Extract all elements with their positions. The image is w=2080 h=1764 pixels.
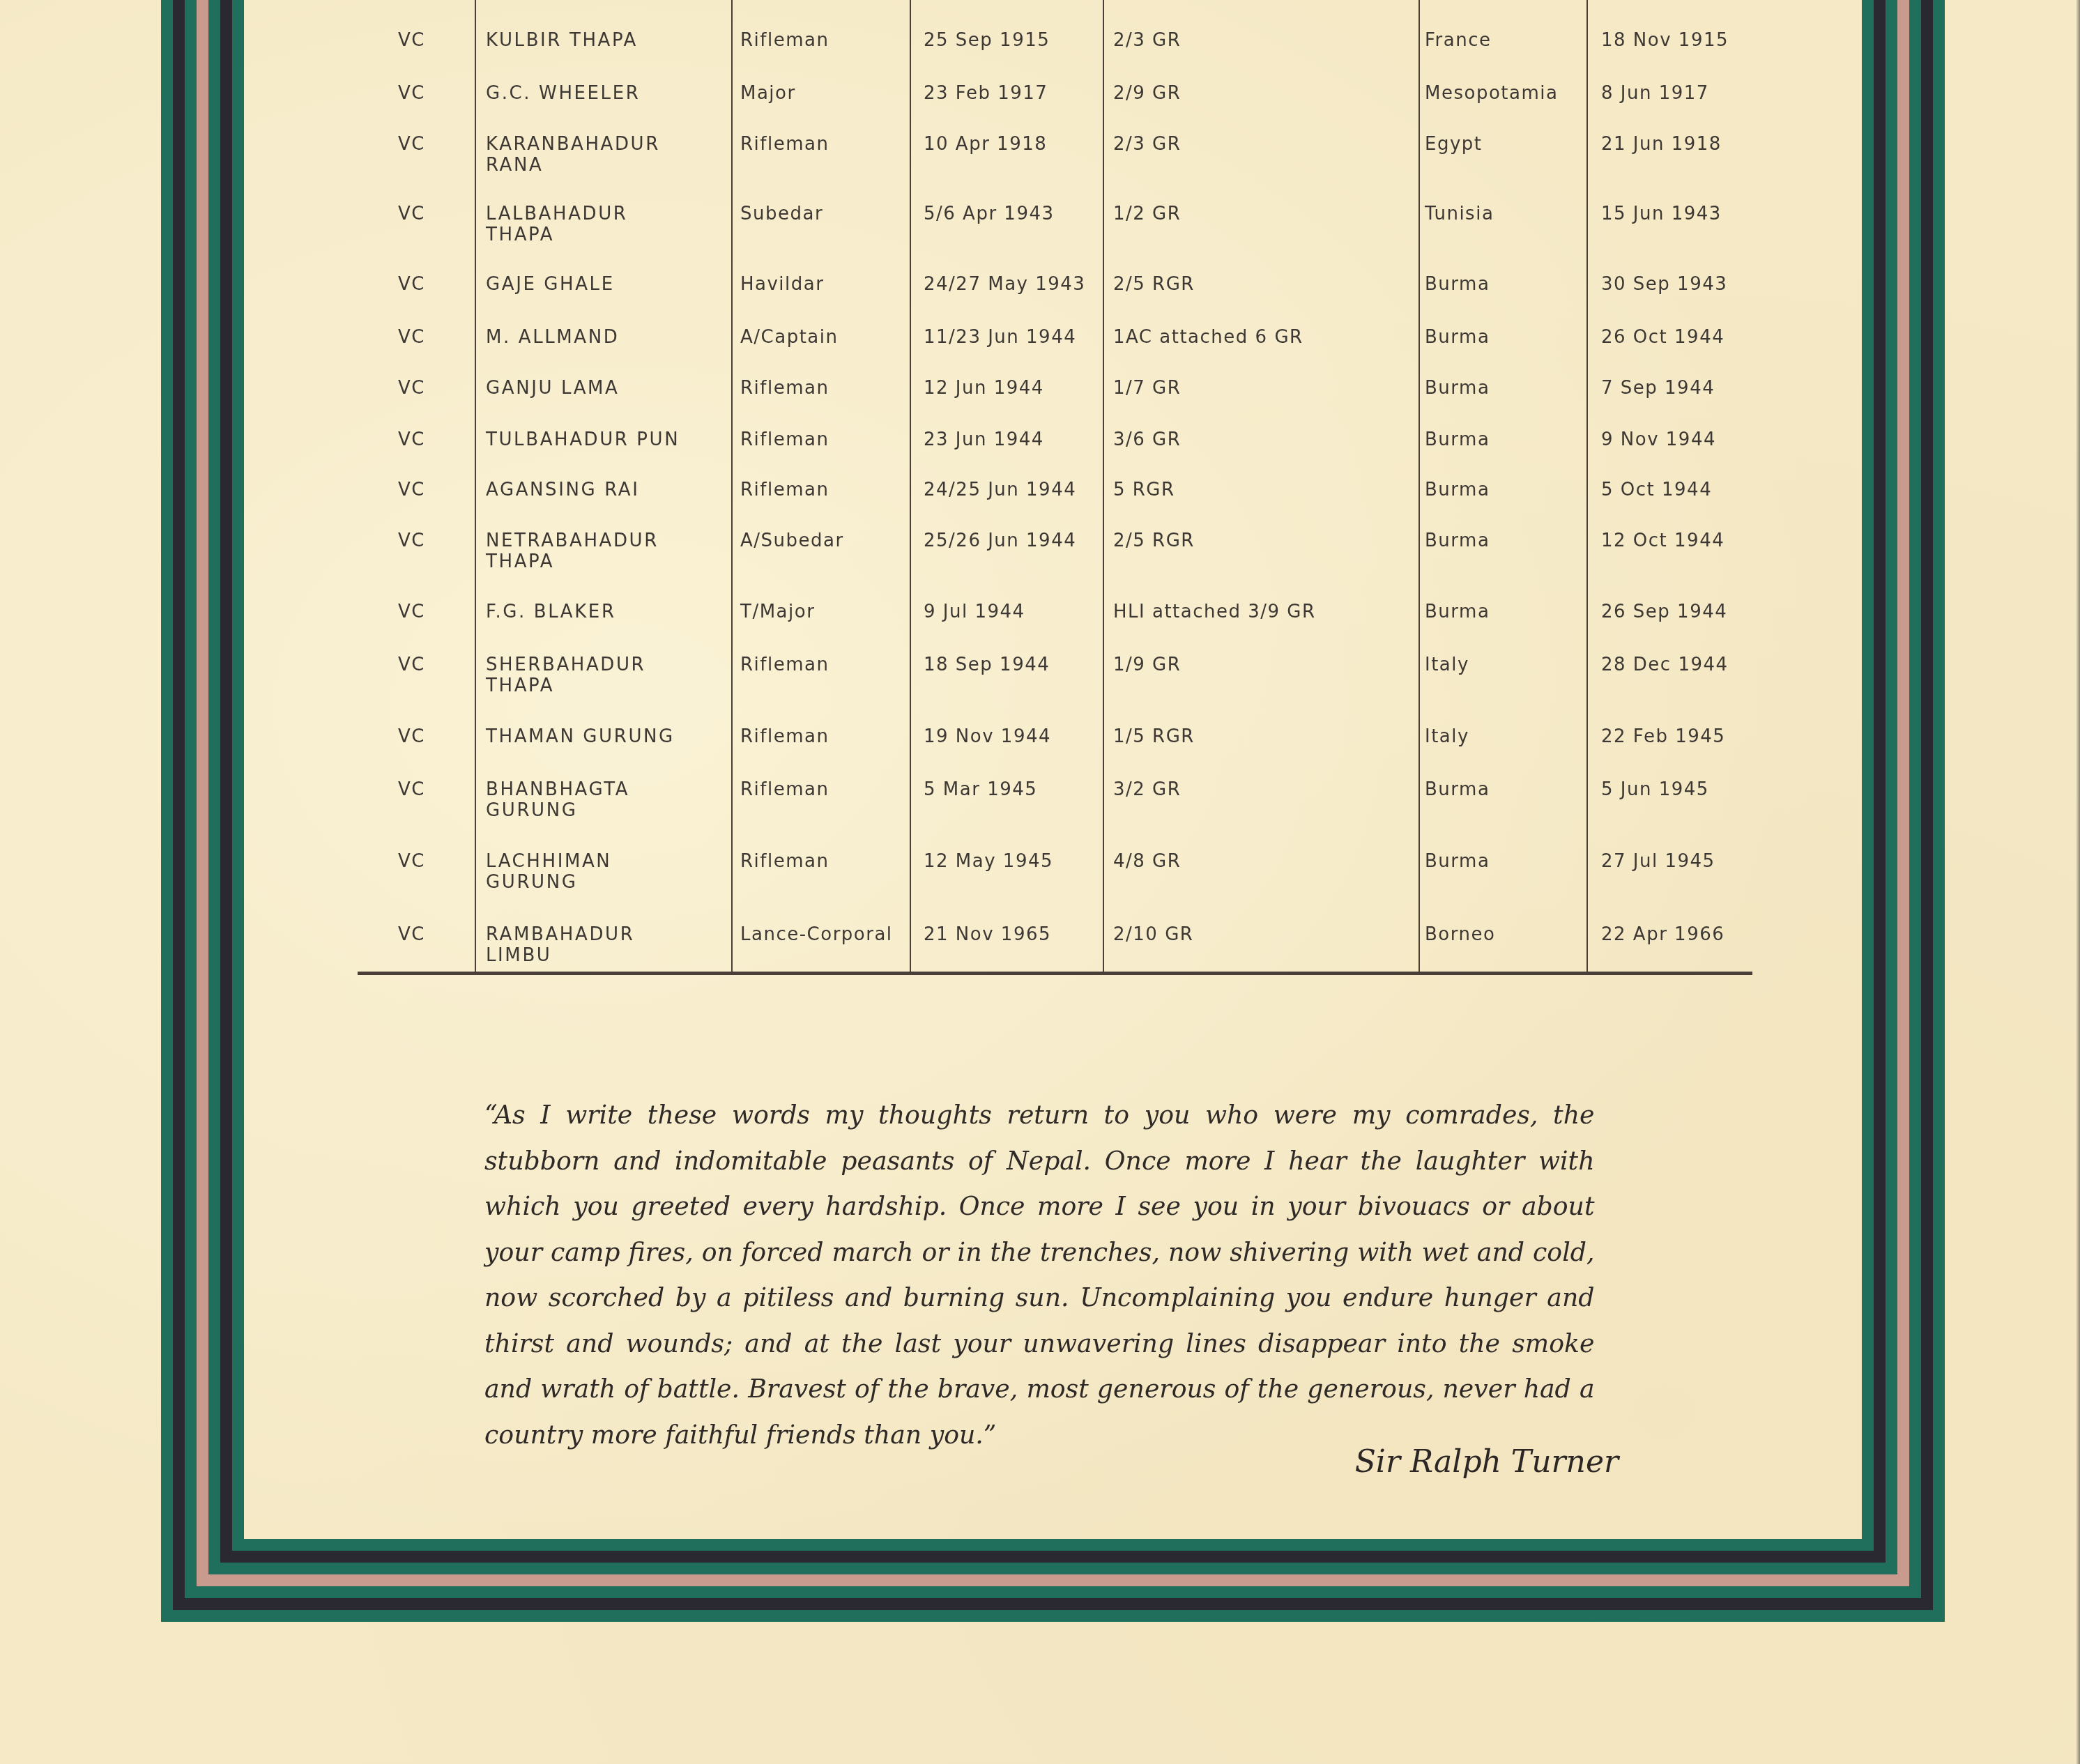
cell-rank: Subedar bbox=[740, 204, 823, 224]
cell-award: VC bbox=[398, 480, 425, 500]
table-column-divider bbox=[910, 0, 911, 972]
cell-name: GAJE GHALE bbox=[486, 274, 615, 295]
cell-name: THAMAN GURUNG bbox=[486, 726, 675, 747]
cell-date: 23 Feb 1917 bbox=[924, 83, 1048, 104]
table-column-divider bbox=[1418, 0, 1420, 972]
border-stripe-right bbox=[1909, 0, 1921, 1598]
cell-date: 12 May 1945 bbox=[924, 851, 1053, 872]
border-stripe-left bbox=[208, 0, 220, 1574]
cell-place: Burma bbox=[1425, 429, 1490, 450]
cell-rank: Rifleman bbox=[740, 654, 829, 675]
cell-rank: Lance-Corporal bbox=[740, 924, 893, 945]
cell-gazette: 27 Jul 1945 bbox=[1601, 851, 1715, 872]
cell-date: 9 Jul 1944 bbox=[924, 601, 1025, 622]
cell-name: TULBAHADUR PUN bbox=[486, 429, 680, 450]
cell-gazette: 30 Sep 1943 bbox=[1601, 274, 1727, 295]
cell-gazette: 8 Jun 1917 bbox=[1601, 83, 1709, 104]
cell-name: LALBAHADUR THAPA bbox=[486, 204, 627, 245]
cell-name: F.G. BLAKER bbox=[486, 601, 616, 622]
border-stripe-left bbox=[232, 0, 244, 1551]
cell-gazette: 5 Jun 1945 bbox=[1601, 779, 1709, 800]
cell-gazette: 18 Nov 1915 bbox=[1601, 30, 1729, 51]
cell-unit: 1AC attached 6 GR bbox=[1113, 327, 1303, 348]
border-stripe-bottom bbox=[208, 1563, 1897, 1574]
cell-rank: A/Captain bbox=[740, 327, 838, 348]
cell-gazette: 21 Jun 1918 bbox=[1601, 134, 1722, 155]
border-stripe-bottom bbox=[220, 1551, 1886, 1563]
cell-rank: Rifleman bbox=[740, 726, 829, 747]
cell-rank: A/Subedar bbox=[740, 530, 844, 551]
quotation-text: “As I write these words my thoughts retu… bbox=[484, 1092, 1595, 1457]
cell-name: KULBIR THAPA bbox=[486, 30, 638, 51]
cell-rank: Rifleman bbox=[740, 134, 829, 155]
cell-award: VC bbox=[398, 530, 425, 551]
cell-unit: 3/2 GR bbox=[1113, 779, 1181, 800]
border-stripe-bottom bbox=[232, 1539, 1874, 1551]
cell-name: BHANBHAGTA GURUNG bbox=[486, 779, 629, 821]
cell-date: 18 Sep 1944 bbox=[924, 654, 1050, 675]
cell-date: 24/27 May 1943 bbox=[924, 274, 1085, 295]
cell-unit: 1/7 GR bbox=[1113, 378, 1181, 399]
cell-gazette: 22 Feb 1945 bbox=[1601, 726, 1725, 747]
border-stripe-right bbox=[1897, 0, 1909, 1586]
cell-gazette: 26 Sep 1944 bbox=[1601, 601, 1727, 622]
cell-award: VC bbox=[398, 30, 425, 51]
cell-gazette: 28 Dec 1944 bbox=[1601, 654, 1729, 675]
border-stripe-bottom bbox=[161, 1610, 1945, 1622]
cell-name: RAMBAHADUR LIMBU bbox=[486, 924, 634, 966]
cell-award: VC bbox=[398, 601, 425, 622]
border-stripe-left bbox=[220, 0, 232, 1563]
cell-gazette: 9 Nov 1944 bbox=[1601, 429, 1716, 450]
border-stripe-left bbox=[173, 0, 185, 1610]
cell-date: 24/25 Jun 1944 bbox=[924, 480, 1076, 500]
cell-award: VC bbox=[398, 134, 425, 155]
cell-name: GANJU LAMA bbox=[486, 378, 619, 399]
cell-award: VC bbox=[398, 779, 425, 800]
cell-award: VC bbox=[398, 851, 425, 872]
cell-place: Burma bbox=[1425, 851, 1490, 872]
cell-place: Italy bbox=[1425, 726, 1469, 747]
cell-date: 5/6 Apr 1943 bbox=[924, 204, 1055, 224]
table-column-divider bbox=[731, 0, 733, 972]
cell-place: Burma bbox=[1425, 274, 1490, 295]
cell-award: VC bbox=[398, 274, 425, 295]
cell-unit: 5 RGR bbox=[1113, 480, 1175, 500]
cell-place: Burma bbox=[1425, 378, 1490, 399]
cell-award: VC bbox=[398, 429, 425, 450]
cell-name: G.C. WHEELER bbox=[486, 83, 640, 104]
cell-rank: T/Major bbox=[740, 601, 815, 622]
cell-award: VC bbox=[398, 83, 425, 104]
border-stripe-left bbox=[161, 0, 173, 1622]
border-stripe-left bbox=[197, 0, 208, 1586]
cell-name: KARANBAHADUR RANA bbox=[486, 134, 660, 176]
cell-place: Burma bbox=[1425, 530, 1490, 551]
table-column-divider bbox=[1103, 0, 1104, 972]
cell-rank: Rifleman bbox=[740, 429, 829, 450]
quotation-attribution: Sir Ralph Turner bbox=[1355, 1444, 1619, 1480]
border-stripe-right bbox=[1921, 0, 1933, 1610]
border-stripe-right bbox=[1933, 0, 1945, 1622]
cell-rank: Rifleman bbox=[740, 779, 829, 800]
border-stripe-left bbox=[185, 0, 197, 1598]
cell-unit: 4/8 GR bbox=[1113, 851, 1181, 872]
cell-gazette: 15 Jun 1943 bbox=[1601, 204, 1722, 224]
cell-place: Burma bbox=[1425, 480, 1490, 500]
cell-unit: 1/9 GR bbox=[1113, 654, 1181, 675]
cell-award: VC bbox=[398, 378, 425, 399]
cell-date: 25/26 Jun 1944 bbox=[924, 530, 1076, 551]
cell-name: NETRABAHADUR THAPA bbox=[486, 530, 659, 572]
cell-name: LACHHIMAN GURUNG bbox=[486, 851, 611, 893]
cell-date: 25 Sep 1915 bbox=[924, 30, 1050, 51]
cell-gazette: 22 Apr 1966 bbox=[1601, 924, 1725, 945]
border-stripe-bottom bbox=[185, 1586, 1921, 1598]
cell-place: Burma bbox=[1425, 601, 1490, 622]
cell-rank: Rifleman bbox=[740, 480, 829, 500]
cell-unit: 2/3 GR bbox=[1113, 30, 1181, 51]
cell-unit: HLI attached 3/9 GR bbox=[1113, 601, 1316, 622]
cell-rank: Rifleman bbox=[740, 30, 829, 51]
cell-name: AGANSING RAI bbox=[486, 480, 639, 500]
cell-gazette: 7 Sep 1944 bbox=[1601, 378, 1715, 399]
table-column-divider bbox=[475, 0, 476, 972]
cell-rank: Havildar bbox=[740, 274, 824, 295]
cell-place: France bbox=[1425, 30, 1491, 51]
cell-date: 10 Apr 1918 bbox=[924, 134, 1047, 155]
cell-date: 23 Jun 1944 bbox=[924, 429, 1044, 450]
cell-gazette: 26 Oct 1944 bbox=[1601, 327, 1725, 348]
page-edge-shadow bbox=[2076, 0, 2080, 1764]
cell-unit: 3/6 GR bbox=[1113, 429, 1181, 450]
cell-place: Burma bbox=[1425, 327, 1490, 348]
border-stripe-right bbox=[1874, 0, 1886, 1563]
border-stripe-right bbox=[1886, 0, 1897, 1574]
cell-name: M. ALLMAND bbox=[486, 327, 619, 348]
cell-place: Tunisia bbox=[1425, 204, 1494, 224]
cell-unit: 1/2 GR bbox=[1113, 204, 1181, 224]
cell-place: Mesopotamia bbox=[1425, 83, 1558, 104]
cell-unit: 2/3 GR bbox=[1113, 134, 1181, 155]
cell-date: 21 Nov 1965 bbox=[924, 924, 1051, 945]
cell-unit: 1/5 RGR bbox=[1113, 726, 1195, 747]
cell-award: VC bbox=[398, 924, 425, 945]
cell-award: VC bbox=[398, 327, 425, 348]
cell-date: 19 Nov 1944 bbox=[924, 726, 1051, 747]
cell-place: Burma bbox=[1425, 779, 1490, 800]
cell-place: Italy bbox=[1425, 654, 1469, 675]
cell-award: VC bbox=[398, 726, 425, 747]
cell-place: Borneo bbox=[1425, 924, 1495, 945]
cell-rank: Rifleman bbox=[740, 851, 829, 872]
border-stripe-bottom bbox=[173, 1598, 1933, 1610]
cell-unit: 2/5 RGR bbox=[1113, 274, 1195, 295]
cell-rank: Major bbox=[740, 83, 796, 104]
cell-unit: 2/10 GR bbox=[1113, 924, 1193, 945]
cell-unit: 2/9 GR bbox=[1113, 83, 1181, 104]
cell-award: VC bbox=[398, 654, 425, 675]
cell-gazette: 12 Oct 1944 bbox=[1601, 530, 1725, 551]
cell-place: Egypt bbox=[1425, 134, 1483, 155]
border-stripe-bottom bbox=[197, 1574, 1909, 1586]
table-bottom-rule bbox=[358, 972, 1752, 975]
cell-gazette: 5 Oct 1944 bbox=[1601, 480, 1712, 500]
cell-date: 5 Mar 1945 bbox=[924, 779, 1037, 800]
cell-award: VC bbox=[398, 204, 425, 224]
table-column-divider bbox=[1586, 0, 1588, 972]
cell-rank: Rifleman bbox=[740, 378, 829, 399]
border-stripe-right bbox=[1862, 0, 1874, 1551]
cell-date: 12 Jun 1944 bbox=[924, 378, 1044, 399]
cell-unit: 2/5 RGR bbox=[1113, 530, 1195, 551]
cell-name: SHERBAHADUR THAPA bbox=[486, 654, 645, 696]
cell-date: 11/23 Jun 1944 bbox=[924, 327, 1076, 348]
